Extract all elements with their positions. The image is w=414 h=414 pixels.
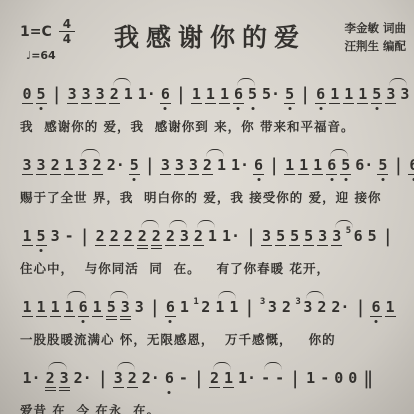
note: 3	[59, 369, 70, 391]
note: 1	[343, 85, 354, 104]
note: 3	[188, 156, 199, 175]
note: -	[178, 369, 189, 387]
note: 2	[165, 227, 176, 246]
note: 1	[207, 227, 218, 245]
note: -	[64, 227, 75, 245]
barline: |	[175, 85, 186, 103]
credit-lyricist: 李金敏 词曲	[314, 20, 406, 38]
note: 2	[193, 227, 204, 246]
note: 2	[109, 85, 120, 104]
notation-line: 111161533|611211|3323322·|61	[20, 289, 406, 322]
note: 5	[340, 156, 351, 175]
barline: |	[149, 298, 160, 316]
note: 1	[64, 156, 75, 175]
note: 1	[312, 156, 323, 175]
barline: |	[393, 156, 404, 174]
note: 1	[329, 85, 340, 104]
barline: |	[355, 298, 366, 316]
note: 2	[151, 227, 162, 249]
barline: |	[269, 156, 280, 174]
lyrics-line: 住心中， 与你同活 同 在。 有了你春暖 花开，	[20, 259, 406, 277]
note: 3	[113, 369, 124, 388]
note: 3	[259, 297, 266, 308]
score-system: 1·232·|322·6-|211·--|1-00‖爱昔 在 今 在永 在。	[20, 360, 406, 414]
notation-line: 153-|2222223211·|355533565|	[20, 218, 406, 251]
note: 1	[192, 297, 199, 308]
tempo-marking: ♩=64	[26, 49, 106, 62]
note: 1·	[137, 85, 157, 103]
note: 3	[78, 156, 89, 175]
note: 3	[331, 227, 342, 246]
notation-line: 3321322·5|333211·6|111656·5|61	[20, 147, 406, 180]
note: 3	[36, 156, 47, 175]
note: 1	[385, 298, 396, 317]
note: 1	[64, 298, 75, 317]
note: 5	[303, 227, 314, 246]
note: 0	[333, 369, 344, 387]
note: 2	[92, 156, 103, 175]
note: 1	[179, 298, 190, 316]
key-signature: 1=C	[20, 24, 52, 40]
score-system: 111161533|611211|3323322·|61一股股暖流满心 怀，无限…	[20, 289, 406, 348]
note: 3	[302, 298, 313, 316]
key-tempo-block: 1=C 4 4 ♩=64	[20, 10, 106, 62]
note: 1	[50, 298, 61, 317]
barline: |	[246, 227, 257, 245]
note: 3	[179, 227, 190, 246]
time-signature-top: 4	[59, 18, 75, 32]
note: 2	[123, 227, 134, 246]
barline: |	[144, 156, 155, 174]
barline: |	[97, 369, 108, 387]
note: 3	[267, 298, 278, 316]
note: -	[260, 369, 271, 387]
barline: |	[290, 369, 301, 387]
note: 1	[223, 369, 234, 388]
note: 5	[36, 227, 47, 246]
lyrics-line: 一股股暖流满心 怀，无限感恩， 万千感慨， 你的	[20, 330, 406, 348]
notation-line: 1·232·|322·6-|211·--|1-00‖	[20, 360, 406, 393]
note: 2·	[330, 298, 350, 316]
score-system: 3321322·5|333211·6|111656·5|61赐于了全世 界，我 …	[20, 147, 406, 206]
time-signature: 4 4	[59, 18, 75, 45]
score-header: 1=C 4 4 ♩=64 我感谢你的爱 李金敏 词曲 汪荆生 编配	[20, 10, 406, 64]
note: 1	[357, 85, 368, 104]
note: 0	[22, 85, 33, 104]
barline: |	[300, 85, 311, 103]
note: 1	[228, 298, 239, 316]
note: 3	[120, 298, 131, 320]
note: 1	[191, 85, 202, 104]
barline: |	[382, 227, 393, 245]
barline: |	[193, 369, 204, 387]
note: 6	[165, 298, 176, 317]
note: 2	[209, 369, 220, 388]
note: 1·	[22, 369, 42, 387]
note: 5	[284, 85, 295, 104]
note: 2	[109, 227, 120, 246]
note: 6	[326, 156, 337, 175]
note: 6	[164, 369, 175, 387]
note: 2	[200, 298, 211, 316]
barline: |	[51, 85, 62, 103]
note: 6	[370, 298, 381, 317]
note: 3	[385, 85, 396, 104]
note: 1	[123, 85, 134, 103]
note: 1	[298, 156, 309, 175]
score-system: 05|333211·6|111655·5|6111533|我 感谢你的 爱，我 …	[20, 76, 406, 135]
lyrics-line: 赐于了全世 界，我 明白你的 爱，我 接受你的 爱，迎 接你	[20, 188, 406, 206]
note: 3	[317, 227, 328, 246]
note: 5	[289, 227, 300, 246]
note: -	[319, 369, 330, 387]
time-signature-bottom: 4	[63, 32, 71, 45]
note: 5	[371, 85, 382, 104]
note: 5	[36, 85, 47, 104]
note: 6	[408, 156, 414, 175]
credit-arranger: 汪荆生 编配	[314, 38, 406, 56]
note: 2	[202, 156, 213, 175]
note: 2	[316, 298, 327, 316]
note: 1	[284, 156, 295, 175]
note: 3	[95, 85, 106, 104]
note: 5	[106, 298, 117, 320]
barline: ‖	[363, 369, 374, 387]
note: 3	[261, 227, 272, 246]
note: 3	[174, 156, 185, 175]
lyrics-line: 我 感谢你的 爱，我 感谢你到 来，你 带来和平福音。	[20, 117, 406, 135]
note: 3	[67, 85, 78, 104]
note: 6	[233, 85, 244, 104]
score-system: 153-|2222223211·|355533565|住心中， 与你同活 同 在…	[20, 218, 406, 277]
note: 1·	[221, 227, 241, 245]
note: 3	[160, 156, 171, 175]
note: 6	[353, 227, 364, 245]
note: 2	[50, 156, 61, 175]
note: 3	[81, 85, 92, 104]
note: 3	[22, 156, 33, 175]
note: 3	[134, 298, 145, 316]
note: 5·	[261, 85, 281, 103]
note: -	[274, 369, 285, 387]
credits: 李金敏 词曲 汪荆生 编配	[314, 10, 406, 56]
note: 2	[95, 227, 106, 246]
note: 2	[45, 369, 56, 391]
note: 6	[315, 85, 326, 104]
note: 5	[367, 227, 378, 245]
note: 1	[219, 85, 230, 104]
note: 1	[305, 369, 316, 387]
note: 2·	[141, 369, 161, 387]
note: 0	[347, 369, 358, 387]
song-title: 我感谢你的爱	[114, 10, 306, 54]
note: 3	[50, 227, 61, 245]
note: 2	[137, 227, 148, 249]
note: 2	[281, 298, 292, 316]
note: 2·	[73, 369, 93, 387]
barline: |	[244, 298, 255, 316]
note: 5	[345, 226, 352, 237]
note: 2	[127, 369, 138, 388]
note: 1	[22, 298, 33, 317]
sheet-music-photo: 1=C 4 4 ♩=64 我感谢你的爱 李金敏 词曲 汪荆生 编配 05|333…	[0, 0, 414, 414]
note: 2·	[106, 156, 126, 174]
note: 1	[205, 85, 216, 104]
note: 1	[216, 156, 227, 174]
note: 5	[377, 156, 388, 175]
note: 5	[275, 227, 286, 246]
note: 6	[78, 298, 89, 317]
note: 1·	[230, 156, 250, 174]
notation-line: 05|333211·6|111655·5|6111533|	[20, 76, 406, 109]
note: 6	[253, 156, 264, 175]
score-lines: 05|333211·6|111655·5|6111533|我 感谢你的 爱，我 …	[20, 76, 406, 414]
note: 3	[294, 297, 301, 308]
note: 1	[22, 227, 33, 246]
note: 1	[36, 298, 47, 317]
note: 3	[399, 85, 410, 103]
note: 5	[129, 156, 140, 175]
barline: |	[79, 227, 90, 245]
note: 5	[247, 85, 258, 103]
note: 6	[160, 85, 171, 104]
note: 1	[214, 298, 225, 316]
note: 6·	[354, 156, 374, 174]
note: 1·	[237, 369, 257, 387]
lyrics-line: 爱昔 在 今 在永 在。	[20, 401, 406, 414]
note: 1	[92, 298, 103, 317]
